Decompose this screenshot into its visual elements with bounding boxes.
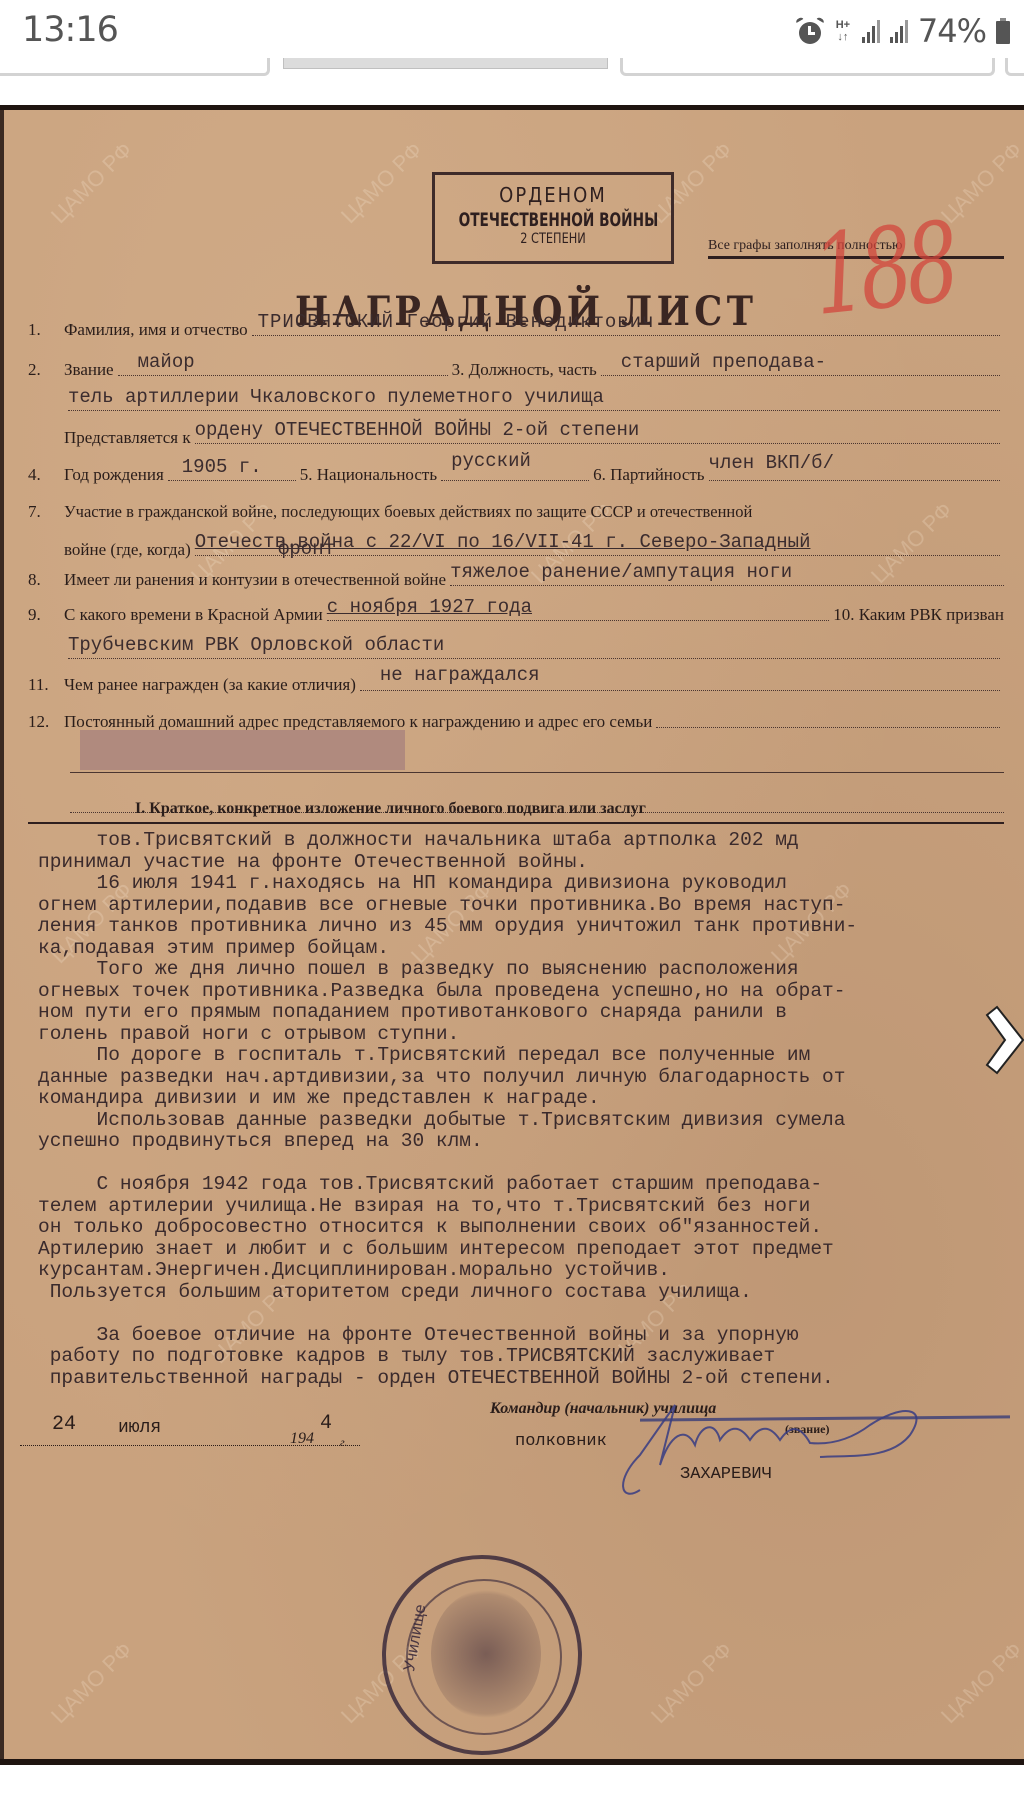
signal-icon [862, 19, 880, 43]
field-army-since-rvk: 9. С какого времени в Красной Армии с но… [28, 595, 1004, 625]
commander-rank: полковник [515, 1432, 607, 1451]
war-participation-value-continued: фронт [278, 538, 335, 560]
merit-text-line: голень правой ноги с отрывом ступни. [38, 1024, 1004, 1046]
merit-text-line: телем артилерии училища.Не взирая на то,… [38, 1196, 1004, 1218]
watermark: ЦАМО РФ [336, 137, 428, 229]
previous-awards-value: не награждался [380, 664, 540, 686]
merit-text-line: За боевое отличие на фронте Отечественно… [38, 1325, 1004, 1347]
merit-text-line: Пользуется большим аторитетом среди личн… [38, 1282, 1004, 1304]
date-year-suffix: 4 [320, 1412, 332, 1435]
watermark: ЦАМО РФ [936, 1637, 1024, 1729]
presented-to-value: ордену ОТЕЧЕСТВЕННОЙ ВОЙНЫ 2-ой степени [195, 419, 640, 441]
merit-text-line: огнем артилерии,подавив все огневые точк… [38, 895, 1004, 917]
watermark: ЦАМО РФ [936, 137, 1024, 229]
status-bar: 13:16 H+↓↑ 74% [0, 0, 1024, 58]
merit-text-line: успешно продвинуться вперед на 30 клм. [38, 1131, 1004, 1153]
official-seal: Училище [382, 1555, 582, 1755]
field-position-continued: тель артиллерии Чкаловского пулеметного … [28, 385, 1004, 415]
tab-previous[interactable] [0, 58, 270, 76]
seal-text: Училище [401, 1603, 430, 1673]
nationality-value: русский [451, 450, 531, 472]
merit-text-line: С ноября 1942 года тов.Трисвятский работ… [38, 1174, 1004, 1196]
merit-text-line: Артилерию знает и любит и с большим инте… [38, 1239, 1004, 1261]
merit-text-line: ка,подавая этим пример бойцам. [38, 938, 1004, 960]
field-presented-to: Представляется к ордену ОТЕЧЕСТВЕННОЙ ВО… [28, 418, 1004, 448]
seal-emblem [431, 1589, 541, 1719]
redacted-address [80, 730, 405, 770]
address-line [70, 772, 1004, 773]
tab-more[interactable] [1005, 58, 1024, 76]
watermark: ЦАМО РФ [46, 1637, 138, 1729]
army-since-value: с ноября 1927 года [327, 596, 532, 618]
rank-value: майор [138, 351, 195, 373]
battery-icon [996, 18, 1010, 44]
merit-text-line: По дороге в госпиталь т.Трисвятский пере… [38, 1045, 1004, 1067]
field-war-participation: 7. Участие в гражданской войне, последую… [28, 492, 1004, 522]
party-value: член ВКП/б/ [709, 452, 834, 474]
handwritten-signature [600, 1385, 960, 1505]
field-home-address: 12. Постоянный домашний адрес представля… [28, 702, 1004, 732]
status-time: 13:16 [22, 10, 118, 50]
date-year-prefix: 194 [290, 1430, 314, 1448]
tab-current[interactable] [283, 58, 608, 69]
birth-year-value: 1905 г. [182, 456, 262, 478]
tab-next[interactable] [620, 58, 995, 76]
field-rank-position: 2. Звание майор 3. Должность, часть стар… [28, 350, 1004, 380]
watermark: ЦАМО РФ [646, 1637, 738, 1729]
field-birth-nationality-party: 4. Год рождения 1905 г. 5. Национальност… [28, 455, 1004, 485]
merit-text-line: Использовав данные разведки добытые т.Тр… [38, 1110, 1004, 1132]
merit-text-line: курсантам.Энергичен.Дисциплинирован.мора… [38, 1260, 1004, 1282]
award-sheet-image: ЦАМО РФ ЦАМО РФ ЦАМО РФ ЦАМО РФ ЦАМО РФ … [0, 105, 1024, 1765]
full-name-value: ТРИСВЯТСКИЙ Георгий Венедиктович [258, 311, 655, 333]
merit-text-line: 16 июля 1941 г.находясь на НП командира … [38, 873, 1004, 895]
merit-text-line: данные разведки нач.артдивизии,за что по… [38, 1067, 1004, 1089]
wounds-value: тяжелое ранение/ампутация ноги [450, 561, 792, 583]
document-edge [0, 110, 4, 1759]
date-day: 24 [52, 1413, 76, 1436]
date-month: июля [118, 1418, 161, 1438]
battery-percent: 74% [918, 12, 986, 50]
merit-text-line: командира дивизии и им же представлен к … [38, 1088, 1004, 1110]
rvk-value: Трубчевским РВК Орловской области [68, 634, 444, 656]
network-h-plus-icon: H+↓↑ [834, 19, 852, 43]
field-previous-awards: 11. Чем ранее награжден (за какие отличи… [28, 665, 1004, 695]
position-value: старший преподава- [621, 351, 826, 373]
status-icons: H+↓↑ 74% [796, 12, 1010, 50]
field-war-participation-value: войне (где, когда) Отечеств.война с 22/V… [28, 530, 1004, 560]
alarm-icon [796, 17, 824, 45]
merit-text-line: ления танков противника лично из 45 мм о… [38, 916, 1004, 938]
watermark: ЦАМО РФ [46, 137, 138, 229]
merit-text-line [38, 1153, 1004, 1175]
signal-icon [890, 19, 908, 43]
section-divider [28, 822, 1004, 824]
field-full-name: 1. Фамилия, имя и отчество ТРИСВЯТСКИЙ Г… [28, 310, 1004, 340]
merit-text-line: принимал участие на фронте Отечественной… [38, 852, 1004, 874]
merit-text-line: тов.Трисвятский в должности начальника ш… [38, 830, 1004, 852]
merit-text-line: работу по подготовке кадров в тылу тов.Т… [38, 1346, 1004, 1368]
chevron-right-icon[interactable] [985, 1005, 1024, 1075]
merit-text-line: огневых точек противника.Разведка была п… [38, 981, 1004, 1003]
merit-text-line [38, 1303, 1004, 1325]
section-heading: I. Краткое, конкретное изложение личного… [135, 800, 646, 818]
order-stamp: ОРДЕНОМ ОТЕЧЕСТВЕННОЙ ВОЙНЫ 2 СТЕПЕНИ [432, 172, 674, 264]
date-year-unit: г. [340, 1435, 348, 1450]
field-rvk-value: Трубчевским РВК Орловской области [28, 633, 1004, 663]
field-wounds: 8. Имеет ли ранения и контузии в отечест… [28, 560, 1004, 590]
merit-text-line: ном пути его прямым попаданием противота… [38, 1002, 1004, 1024]
merit-text-line: он только добросовестно относится к выпо… [38, 1217, 1004, 1239]
merit-description: тов.Трисвятский в должности начальника ш… [38, 830, 1004, 1389]
position-value-continued: тель артиллерии Чкаловского пулеметного … [68, 386, 604, 408]
merit-text-line: Того же дня лично пошел в разведку по вы… [38, 959, 1004, 981]
